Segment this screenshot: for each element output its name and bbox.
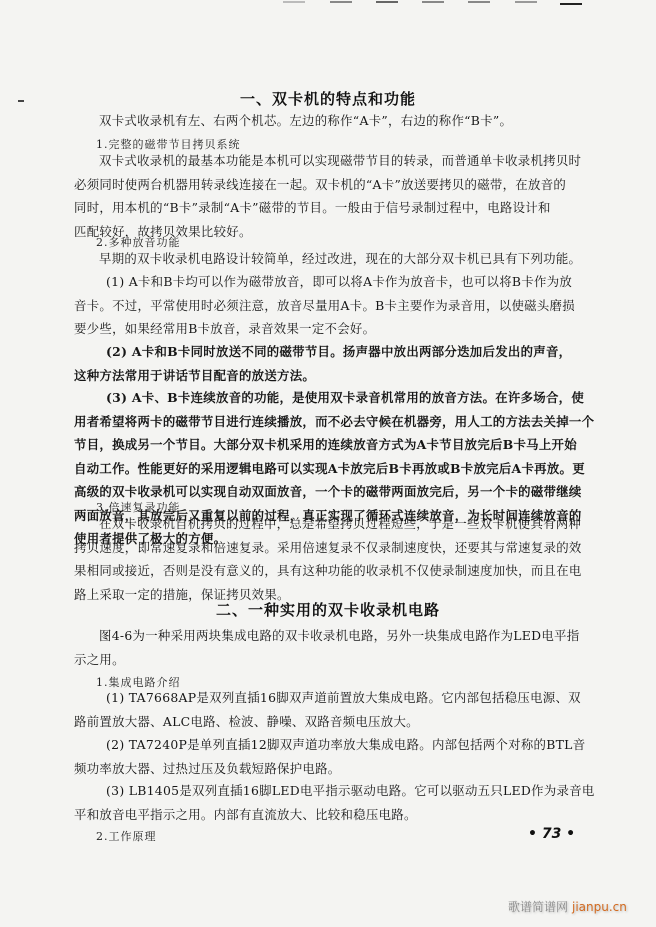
paragraph-ic-1: (1) TA7668AP是双列直插16脚双声道前置放大集成电路。它内部包括稳压电… — [74, 686, 594, 733]
section-title-1: 一、双卡机的特点和功能 — [0, 88, 656, 109]
watermark-url: jianpu.cn — [572, 900, 627, 914]
paragraph-playback-2: (2) A卡和B卡同时放送不同的磁带节目。扬声器中放出两部分迭加后发出的声音， … — [74, 340, 594, 387]
subheading-working-principle: 2.工作原理 — [96, 828, 157, 844]
page-number: • 73 • — [528, 826, 575, 842]
scan-mark — [376, 1, 398, 3]
paragraph-figure-intro: 图4-6为一种采用两块集成电路的双卡收录机电路，另外一块集成电路作为LED电平指… — [74, 624, 594, 671]
paragraph-ic-3: (3) LB1405是双列直插16脚LED电平指示驱动电路。它可以驱动五只LED… — [74, 779, 594, 826]
intro-paragraph: 双卡式收录机有左、右两个机芯。左边的称作“A卡”，右边的称作“B卡”。 — [74, 109, 594, 133]
scan-mark — [330, 1, 352, 3]
paragraph-ic-2: (2) TA7240P是单列直插12脚双声道功率放大集成电路。内部包括两个对称的… — [74, 733, 594, 780]
section-title-2: 二、一种实用的双卡收录机电路 — [0, 599, 656, 620]
paragraph-copy-system: 双卡式收录机的最基本功能是本机可以实现磁带节目的转录，而普通单卡收录机拷贝时 必… — [74, 149, 594, 243]
watermark: 歌谱简谱网jianpu.cn — [508, 898, 627, 915]
watermark-cn: 歌谱简谱网 — [508, 900, 568, 914]
scan-mark — [422, 1, 444, 3]
scan-mark — [560, 3, 582, 5]
paragraph-playback-intro: 早期的双卡收录机电路设计较简单，经过改进，现在的大部分双卡机已具有下列功能。 — [74, 247, 594, 271]
paragraph-double-speed: 在双卡收录机自机拷贝的过程中，总是希望拷贝过程短些，于是一些双卡机便具有两种 拷… — [74, 512, 594, 606]
document-page: 一、双卡机的特点和功能 双卡式收录机有左、右两个机芯。左边的称作“A卡”，右边的… — [0, 0, 656, 927]
scan-mark — [283, 1, 305, 3]
scan-mark — [515, 1, 537, 3]
paragraph-playback-1: (1) A卡和B卡均可以作为磁带放音，即可以将A卡作为放音卡，也可以将B卡作为放… — [74, 270, 594, 341]
scan-mark — [468, 1, 490, 3]
